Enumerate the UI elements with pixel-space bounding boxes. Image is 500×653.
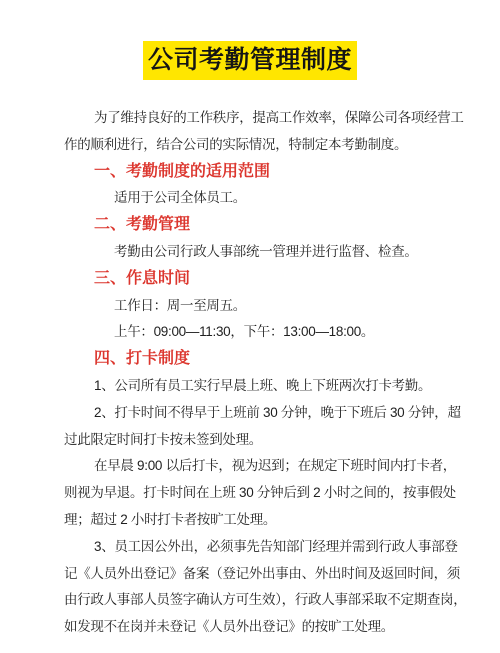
text-line: 过此限定时间打卡按未签到处理。 — [64, 427, 464, 454]
text-line: 3、员工因公外出，必须事先告知部门经理并需到行政人事部登 — [64, 534, 464, 561]
text-line: 记《人员外出登记》备案（登记外出事由、外出时间及返回时间，须 — [64, 561, 464, 588]
title-row: 公司考勤管理制度 — [0, 41, 500, 80]
text-line: 适用于公司全体员工。 — [64, 185, 464, 212]
text-line: 由行政人事部人员签字确认方可生效），行政人事部采取不定期查岗， — [64, 587, 464, 614]
text-line: 作的顺利进行，结合公司的实际情况，特制定本考勤制度。 — [64, 132, 464, 159]
text-line: 理；超过 2 小时打卡者按旷工处理。 — [64, 507, 464, 534]
section-heading-4: 四、打卡制度 — [64, 346, 464, 373]
section-heading-1: 一、考勤制度的适用范围 — [64, 159, 464, 186]
section-heading-3: 三、作息时间 — [64, 266, 464, 293]
text-line: 则视为早退。打卡时间在上班 30 分钟后到 2 小时之间的，按事假处 — [64, 480, 464, 507]
text-line: 工作日：周一至周五。 — [64, 293, 464, 320]
text-line: 1、公司所有员工实行早晨上班、晚上下班两次打卡考勤。 — [64, 373, 464, 400]
section-heading-2: 二、考勤管理 — [64, 212, 464, 239]
text-line: 2、打卡时间不得早于上班前 30 分钟，晚于下班后 30 分钟，超 — [64, 400, 464, 427]
text-line: 上午：09:00—11:30，下午：13:00—18:00。 — [64, 319, 464, 346]
text-line: 考勤由公司行政人事部统一管理并进行监督、检查。 — [64, 239, 464, 266]
text-line: 如发现不在岗并未登记《人员外出登记》的按旷工处理。 — [64, 614, 464, 641]
document-page: 公司考勤管理制度 为了维持良好的工作秩序，提高工作效率，保障公司各项经营工 作的… — [0, 0, 500, 653]
text-line: 在早晨 9:00 以后打卡，视为迟到；在规定下班时间内打卡者， — [64, 453, 464, 480]
document-title: 公司考勤管理制度 — [143, 41, 357, 80]
text-line: 为了维持良好的工作秩序，提高工作效率，保障公司各项经营工 — [64, 105, 464, 132]
document-body: 为了维持良好的工作秩序，提高工作效率，保障公司各项经营工 作的顺利进行，结合公司… — [64, 105, 464, 641]
